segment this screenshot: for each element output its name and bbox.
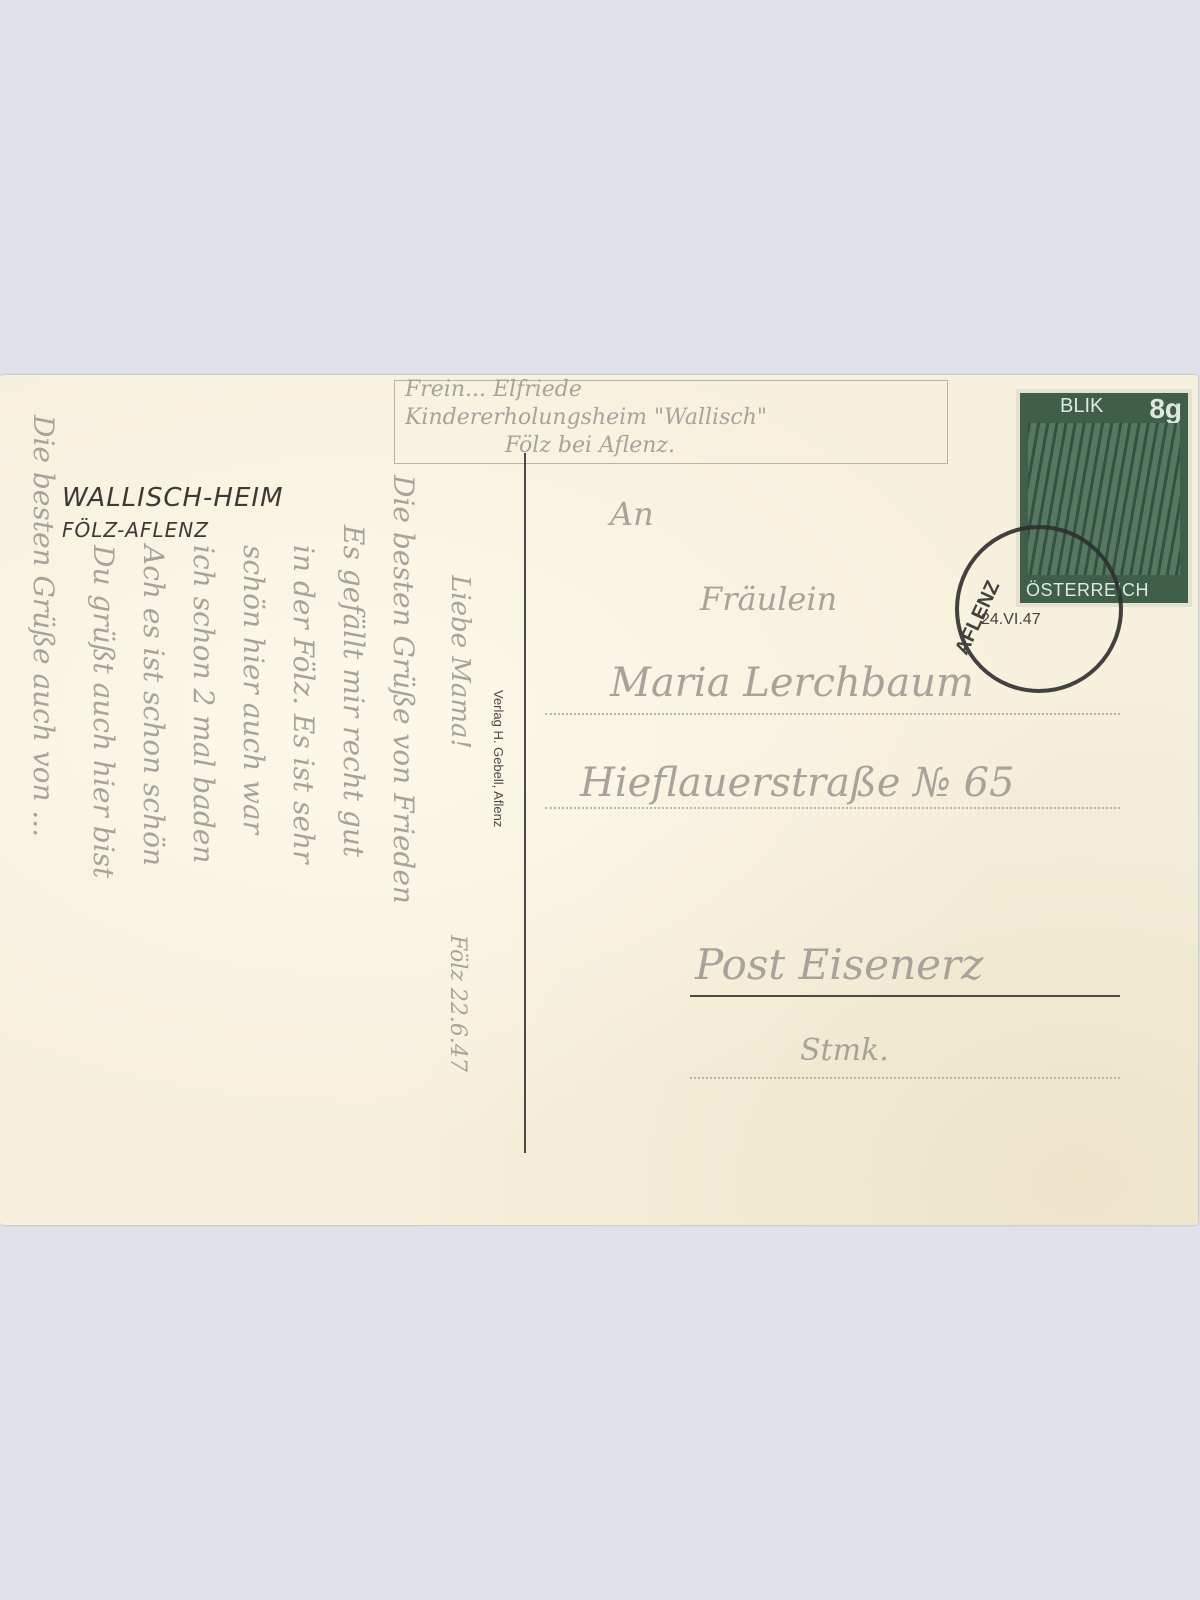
message-line: Es gefällt mir recht gut — [337, 525, 370, 857]
address-region: Stmk. — [800, 1033, 889, 1068]
publisher-imprint: Verlag H. Gebell, Aflenz — [491, 690, 506, 827]
postmark: AFLENZ 24.VI.47 — [955, 525, 1123, 693]
message-line: Die besten Grüße auch von ... — [27, 415, 60, 837]
postmark-date: 24.VI.47 — [981, 611, 1041, 629]
address-street: Hieflauerstraße № 65 — [580, 760, 1015, 806]
center-divider — [524, 453, 526, 1153]
message-area: Fölz 22.6.47 Liebe Mama! Die besten Grüß… — [0, 375, 520, 1225]
address-line-1 — [545, 713, 1120, 715]
message-line: Ach es ist schon schön — [137, 545, 170, 866]
address-line-2 — [545, 807, 1120, 809]
message-line: ich schon 2 mal baden — [187, 545, 220, 863]
sender-line-3: Fölz bei Aflenz. — [505, 433, 675, 458]
postcard-back: WALLISCH-HEIM FÖLZ-AFLENZ Frein... Elfri… — [0, 375, 1198, 1225]
stamp-value: 8g — [1149, 393, 1182, 425]
address-name: Maria Lerchbaum — [610, 660, 974, 706]
address-line-3 — [690, 995, 1120, 997]
address-title: Fräulein — [700, 580, 837, 618]
message-line: in der Fölz. Es ist sehr — [287, 545, 320, 863]
message-line: schön hier auch war — [237, 545, 270, 834]
address-salutation: An — [610, 495, 654, 533]
date-written: Fölz 22.6.47 — [445, 935, 470, 1072]
message-line: Liebe Mama! — [445, 575, 475, 749]
address-city: Post Eisenerz — [695, 940, 983, 989]
message-line: Du grüßt auch hier bist — [87, 545, 120, 878]
address-line-4 — [690, 1077, 1120, 1079]
stamp-top-text: BLIK — [1060, 395, 1103, 418]
message-line: Die besten Grüße von Frieden — [387, 475, 420, 904]
